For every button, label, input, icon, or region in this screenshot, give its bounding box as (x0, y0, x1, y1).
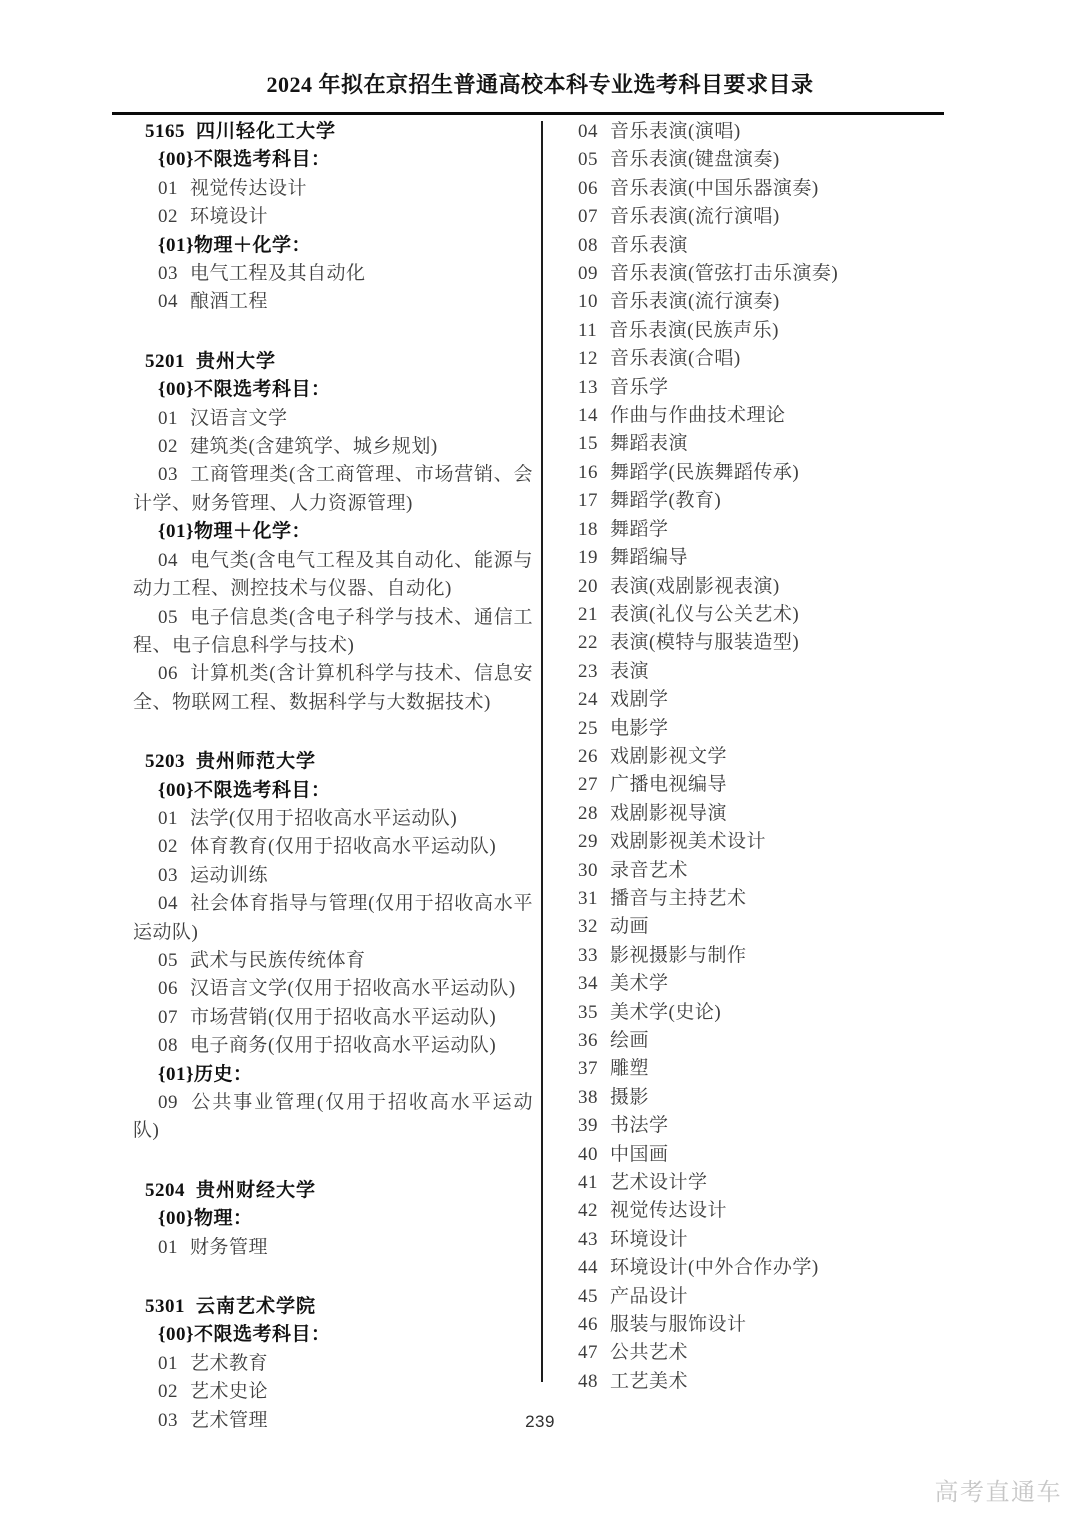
major-item: 39书法学 (560, 1112, 972, 1140)
major-item: 35美术学(史论) (560, 999, 972, 1027)
major-number: 12 (578, 348, 598, 369)
major-name: 环境设计 (610, 1229, 688, 1250)
major-number: 16 (578, 462, 598, 483)
major-item: 04酿酒工程 (133, 288, 533, 316)
major-name: 广播电视编导 (610, 774, 727, 795)
major-item: 19舞蹈编导 (560, 544, 972, 572)
university-name: 贵州财经大学 (196, 1180, 316, 1201)
major-name: 音乐表演(键盘演奏) (610, 149, 780, 170)
major-number: 02 (158, 436, 178, 457)
university-section: 5203贵州师范大学{00}不限选考科目：01法学(仅用于招收高水平运动队)02… (133, 748, 533, 1146)
major-number: 04 (158, 893, 178, 914)
major-name: 戏剧影视美术设计 (610, 831, 766, 852)
major-number: 09 (158, 1092, 178, 1113)
major-item: 01艺术教育 (133, 1350, 533, 1378)
university-header: 5165四川轻化工大学 (133, 118, 533, 146)
major-item: 09音乐表演(管弦打击乐演奏) (560, 260, 972, 288)
major-number: 02 (158, 836, 178, 857)
major-item: 17舞蹈学(教育) (560, 487, 972, 515)
major-number: 06 (158, 663, 178, 684)
major-name: 工艺美术 (610, 1371, 688, 1392)
major-item: 04音乐表演(演唱) (560, 118, 972, 146)
major-name: 财务管理 (190, 1237, 268, 1258)
major-name: 音乐表演(中国乐器演奏) (610, 178, 819, 199)
major-item: 14作曲与作曲技术理论 (560, 402, 972, 430)
major-number: 40 (578, 1144, 598, 1165)
major-item: 03运动训练 (133, 862, 533, 890)
subject-group-label: {01}历史： (133, 1061, 533, 1089)
major-item: 07市场营销(仅用于招收高水平运动队) (133, 1004, 533, 1032)
major-number: 05 (578, 149, 598, 170)
major-number: 02 (158, 1381, 178, 1402)
major-number: 43 (578, 1229, 598, 1250)
subject-group-label: {01}物理＋化学： (133, 232, 533, 260)
major-item: 06计算机类(含计算机科学与技术、信息安全、物联网工程、数据科学与大数据技术) (133, 660, 533, 717)
major-item: 09公共事业管理(仅用于招收高水平运动队) (133, 1089, 533, 1146)
major-number: 28 (578, 803, 598, 824)
major-number: 37 (578, 1058, 598, 1079)
major-item: 16舞蹈学(民族舞蹈传承) (560, 459, 972, 487)
major-name: 音乐表演(合唱) (610, 348, 741, 369)
major-item: 22表演(模特与服装造型) (560, 629, 972, 657)
major-name: 舞蹈学(教育) (610, 490, 721, 511)
university-header: 5201贵州大学 (133, 348, 533, 376)
major-item: 36绘画 (560, 1027, 972, 1055)
major-item: 23表演 (560, 658, 972, 686)
major-name: 服装与服饰设计 (610, 1314, 747, 1335)
university-code: 5201 (145, 351, 185, 372)
subject-group-label: {00}不限选考科目： (133, 376, 533, 404)
major-name: 动画 (610, 916, 649, 937)
major-name: 雕塑 (610, 1058, 649, 1079)
major-name: 舞蹈学(民族舞蹈传承) (610, 462, 799, 483)
major-item: 06音乐表演(中国乐器演奏) (560, 175, 972, 203)
major-item: 45产品设计 (560, 1283, 972, 1311)
university-section: 5201贵州大学{00}不限选考科目：01汉语言文学02建筑类(含建筑学、城乡规… (133, 348, 533, 717)
university-name: 云南艺术学院 (196, 1296, 316, 1317)
major-name: 中国画 (610, 1144, 669, 1165)
major-number: 22 (578, 632, 598, 653)
major-name: 产品设计 (610, 1286, 688, 1307)
university-code: 5301 (145, 1296, 185, 1317)
major-number: 21 (578, 604, 598, 625)
major-item: 03工商管理类(含工商管理、市场营销、会计学、财务管理、人力资源管理) (133, 461, 533, 518)
subject-group-label: {00}物理： (133, 1205, 533, 1233)
major-name: 表演(礼仪与公关艺术) (610, 604, 799, 625)
major-item: 21表演(礼仪与公关艺术) (560, 601, 972, 629)
major-name: 体育教育(仅用于招收高水平运动队) (190, 836, 496, 857)
subject-group-label: {00}不限选考科目： (133, 1321, 533, 1349)
major-item: 41艺术设计学 (560, 1169, 972, 1197)
major-number: 34 (578, 973, 598, 994)
major-name: 摄影 (610, 1087, 649, 1108)
major-item: 48工艺美术 (560, 1368, 972, 1396)
major-name: 音乐表演(演唱) (610, 121, 741, 142)
major-item: 05武术与民族传统体育 (133, 947, 533, 975)
title-rule (112, 112, 944, 115)
major-item: 04电气类(含电气工程及其自动化、能源与动力工程、测控技术与仪器、自动化) (133, 547, 533, 604)
major-number: 35 (578, 1002, 598, 1023)
major-name: 建筑类(含建筑学、城乡规划) (190, 436, 438, 457)
major-item: 20表演(戏剧影视表演) (560, 573, 972, 601)
major-name: 环境设计(中外合作办学) (610, 1257, 819, 1278)
major-item: 02环境设计 (133, 203, 533, 231)
major-number: 47 (578, 1342, 598, 1363)
major-item: 24戏剧学 (560, 686, 972, 714)
major-name: 戏剧学 (610, 689, 669, 710)
major-number: 03 (158, 464, 178, 485)
major-name: 音乐表演(流行演奏) (610, 291, 780, 312)
major-name: 影视摄影与制作 (610, 945, 747, 966)
major-number: 01 (158, 408, 178, 429)
major-name: 汉语言文学(仅用于招收高水平运动队) (190, 978, 516, 999)
major-item: 01视觉传达设计 (133, 175, 533, 203)
major-name: 运动训练 (190, 865, 268, 886)
major-number: 39 (578, 1115, 598, 1136)
major-item: 07音乐表演(流行演唱) (560, 203, 972, 231)
university-section: 5165四川轻化工大学{00}不限选考科目：01视觉传达设计02环境设计{01}… (133, 118, 533, 317)
major-number: 08 (158, 1035, 178, 1056)
major-name: 舞蹈学 (610, 519, 669, 540)
university-name: 贵州大学 (196, 351, 276, 372)
major-item: 03电气工程及其自动化 (133, 260, 533, 288)
major-number: 14 (578, 405, 598, 426)
page-number: 239 (0, 1412, 1080, 1432)
major-number: 31 (578, 888, 598, 909)
major-name: 播音与主持艺术 (610, 888, 747, 909)
major-name: 美术学(史论) (610, 1002, 721, 1023)
major-item: 01汉语言文学 (133, 405, 533, 433)
major-item: 38摄影 (560, 1084, 972, 1112)
major-name: 电气工程及其自动化 (190, 263, 366, 284)
major-number: 23 (578, 661, 598, 682)
major-item: 30录音艺术 (560, 857, 972, 885)
major-item: 26戏剧影视文学 (560, 743, 972, 771)
major-item: 12音乐表演(合唱) (560, 345, 972, 373)
university-name: 贵州师范大学 (196, 751, 316, 772)
major-name: 社会体育指导与管理(仅用于招收高水平运动队) (133, 893, 533, 942)
major-number: 32 (578, 916, 598, 937)
major-number: 09 (578, 263, 598, 284)
major-name: 录音艺术 (610, 860, 688, 881)
major-item: 32动画 (560, 913, 972, 941)
major-name: 舞蹈表演 (610, 433, 688, 454)
major-number: 33 (578, 945, 598, 966)
major-name: 音乐表演(管弦打击乐演奏) (610, 263, 838, 284)
major-item: 27广播电视编导 (560, 771, 972, 799)
university-section: 5204贵州财经大学{00}物理：01财务管理 (133, 1177, 533, 1262)
major-name: 市场营销(仅用于招收高水平运动队) (190, 1007, 496, 1028)
major-name: 电子信息类(含电子科学与技术、通信工程、电子信息科学与技术) (133, 607, 533, 656)
major-name: 表演 (610, 661, 649, 682)
university-code: 5165 (145, 121, 185, 142)
major-item: 28戏剧影视导演 (560, 800, 972, 828)
major-item: 40中国画 (560, 1141, 972, 1169)
major-name: 视觉传达设计 (190, 178, 307, 199)
major-name: 戏剧影视导演 (610, 803, 727, 824)
major-name: 美术学 (610, 973, 669, 994)
major-item: 43环境设计 (560, 1226, 972, 1254)
major-number: 04 (578, 121, 598, 142)
major-number: 01 (158, 1353, 178, 1374)
major-number: 04 (158, 291, 178, 312)
major-number: 36 (578, 1030, 598, 1051)
major-name: 公共事业管理(仅用于招收高水平运动队) (133, 1092, 533, 1141)
major-number: 06 (158, 978, 178, 999)
major-name: 环境设计 (190, 206, 268, 227)
major-number: 07 (158, 1007, 178, 1028)
major-number: 10 (578, 291, 598, 312)
university-header: 5203贵州师范大学 (133, 748, 533, 776)
major-item: 05音乐表演(键盘演奏) (560, 146, 972, 174)
major-name: 视觉传达设计 (610, 1200, 727, 1221)
major-name: 计算机类(含计算机科学与技术、信息安全、物联网工程、数据科学与大数据技术) (133, 663, 533, 712)
major-name: 音乐表演 (610, 235, 688, 256)
major-item: 44环境设计(中外合作办学) (560, 1254, 972, 1282)
major-name: 公共艺术 (610, 1342, 688, 1363)
major-item: 46服装与服饰设计 (560, 1311, 972, 1339)
major-name: 音乐表演(民族声乐) (609, 320, 779, 341)
major-item: 02建筑类(含建筑学、城乡规划) (133, 433, 533, 461)
major-item: 02艺术史论 (133, 1378, 533, 1406)
major-number: 07 (578, 206, 598, 227)
university-header: 5301云南艺术学院 (133, 1293, 533, 1321)
major-item: 01法学(仅用于招收高水平运动队) (133, 805, 533, 833)
major-item: 15舞蹈表演 (560, 430, 972, 458)
major-number: 03 (158, 263, 178, 284)
major-number: 27 (578, 774, 598, 795)
major-number: 42 (578, 1200, 598, 1221)
major-number: 04 (158, 550, 178, 571)
major-item: 11音乐表演(民族声乐) (560, 317, 972, 345)
major-name: 电气类(含电气工程及其自动化、能源与动力工程、测控技术与仪器、自动化) (133, 550, 533, 599)
major-number: 45 (578, 1286, 598, 1307)
major-item: 13音乐学 (560, 374, 972, 402)
major-name: 汉语言文学 (190, 408, 288, 429)
major-item: 04社会体育指导与管理(仅用于招收高水平运动队) (133, 890, 533, 947)
major-number: 01 (158, 808, 178, 829)
major-number: 20 (578, 576, 598, 597)
major-item: 29戏剧影视美术设计 (560, 828, 972, 856)
page-title: 2024 年拟在京招生普通高校本科专业选考科目要求目录 (0, 68, 1080, 99)
major-name: 音乐表演(流行演唱) (610, 206, 780, 227)
column-divider (541, 121, 543, 1382)
major-number: 38 (578, 1087, 598, 1108)
major-item: 08音乐表演 (560, 232, 972, 260)
major-number: 02 (158, 206, 178, 227)
major-number: 06 (578, 178, 598, 199)
major-number: 05 (158, 950, 178, 971)
major-item: 08电子商务(仅用于招收高水平运动队) (133, 1032, 533, 1060)
major-number: 25 (578, 718, 598, 739)
major-name: 表演(戏剧影视表演) (610, 576, 780, 597)
left-column: 5165四川轻化工大学{00}不限选考科目：01视觉传达设计02环境设计{01}… (133, 118, 533, 1435)
university-code: 5204 (145, 1180, 185, 1201)
major-number: 15 (578, 433, 598, 454)
university-name: 四川轻化工大学 (196, 121, 336, 142)
major-name: 表演(模特与服装造型) (610, 632, 799, 653)
major-number: 13 (578, 377, 598, 398)
document-page: 2024 年拟在京招生普通高校本科专业选考科目要求目录 5165四川轻化工大学{… (0, 0, 1080, 1527)
major-name: 法学(仅用于招收高水平运动队) (190, 808, 457, 829)
major-number: 24 (578, 689, 598, 710)
major-name: 酿酒工程 (190, 291, 268, 312)
major-item: 18舞蹈学 (560, 516, 972, 544)
major-number: 03 (158, 865, 178, 886)
major-item: 33影视摄影与制作 (560, 942, 972, 970)
major-name: 绘画 (610, 1030, 649, 1051)
major-name: 舞蹈编导 (610, 547, 688, 568)
major-number: 11 (578, 320, 597, 341)
major-item: 31播音与主持艺术 (560, 885, 972, 913)
major-item: 25电影学 (560, 715, 972, 743)
major-number: 30 (578, 860, 598, 881)
major-name: 音乐学 (610, 377, 669, 398)
major-number: 01 (158, 1237, 178, 1258)
major-name: 书法学 (610, 1115, 669, 1136)
right-column: 04音乐表演(演唱)05音乐表演(键盘演奏)06音乐表演(中国乐器演奏)07音乐… (560, 118, 972, 1396)
major-number: 48 (578, 1371, 598, 1392)
major-item: 01财务管理 (133, 1234, 533, 1262)
major-item: 06汉语言文学(仅用于招收高水平运动队) (133, 975, 533, 1003)
major-name: 工商管理类(含工商管理、市场营销、会计学、财务管理、人力资源管理) (133, 464, 533, 513)
major-item: 47公共艺术 (560, 1339, 972, 1367)
subject-group-label: {01}物理＋化学： (133, 518, 533, 546)
university-code: 5203 (145, 751, 185, 772)
major-number: 41 (578, 1172, 598, 1193)
major-number: 29 (578, 831, 598, 852)
major-number: 44 (578, 1257, 598, 1278)
major-name: 作曲与作曲技术理论 (610, 405, 786, 426)
major-name: 电子商务(仅用于招收高水平运动队) (190, 1035, 496, 1056)
major-item: 37雕塑 (560, 1055, 972, 1083)
major-number: 05 (158, 607, 178, 628)
subject-group-label: {00}不限选考科目： (133, 777, 533, 805)
watermark: 高考直通车 (935, 1472, 1063, 1507)
major-number: 08 (578, 235, 598, 256)
major-number: 46 (578, 1314, 598, 1335)
major-name: 艺术设计学 (610, 1172, 708, 1193)
major-name: 艺术史论 (190, 1381, 268, 1402)
major-number: 26 (578, 746, 598, 767)
major-number: 17 (578, 490, 598, 511)
major-item: 34美术学 (560, 970, 972, 998)
major-name: 戏剧影视文学 (610, 746, 727, 767)
major-item: 05电子信息类(含电子科学与技术、通信工程、电子信息科学与技术) (133, 604, 533, 661)
major-number: 01 (158, 178, 178, 199)
major-item: 02体育教育(仅用于招收高水平运动队) (133, 833, 533, 861)
major-name: 武术与民族传统体育 (190, 950, 366, 971)
major-item: 42视觉传达设计 (560, 1197, 972, 1225)
major-number: 18 (578, 519, 598, 540)
major-name: 电影学 (610, 718, 669, 739)
major-name: 艺术教育 (190, 1353, 268, 1374)
major-number: 19 (578, 547, 598, 568)
university-header: 5204贵州财经大学 (133, 1177, 533, 1205)
subject-group-label: {00}不限选考科目： (133, 146, 533, 174)
major-item: 10音乐表演(流行演奏) (560, 288, 972, 316)
